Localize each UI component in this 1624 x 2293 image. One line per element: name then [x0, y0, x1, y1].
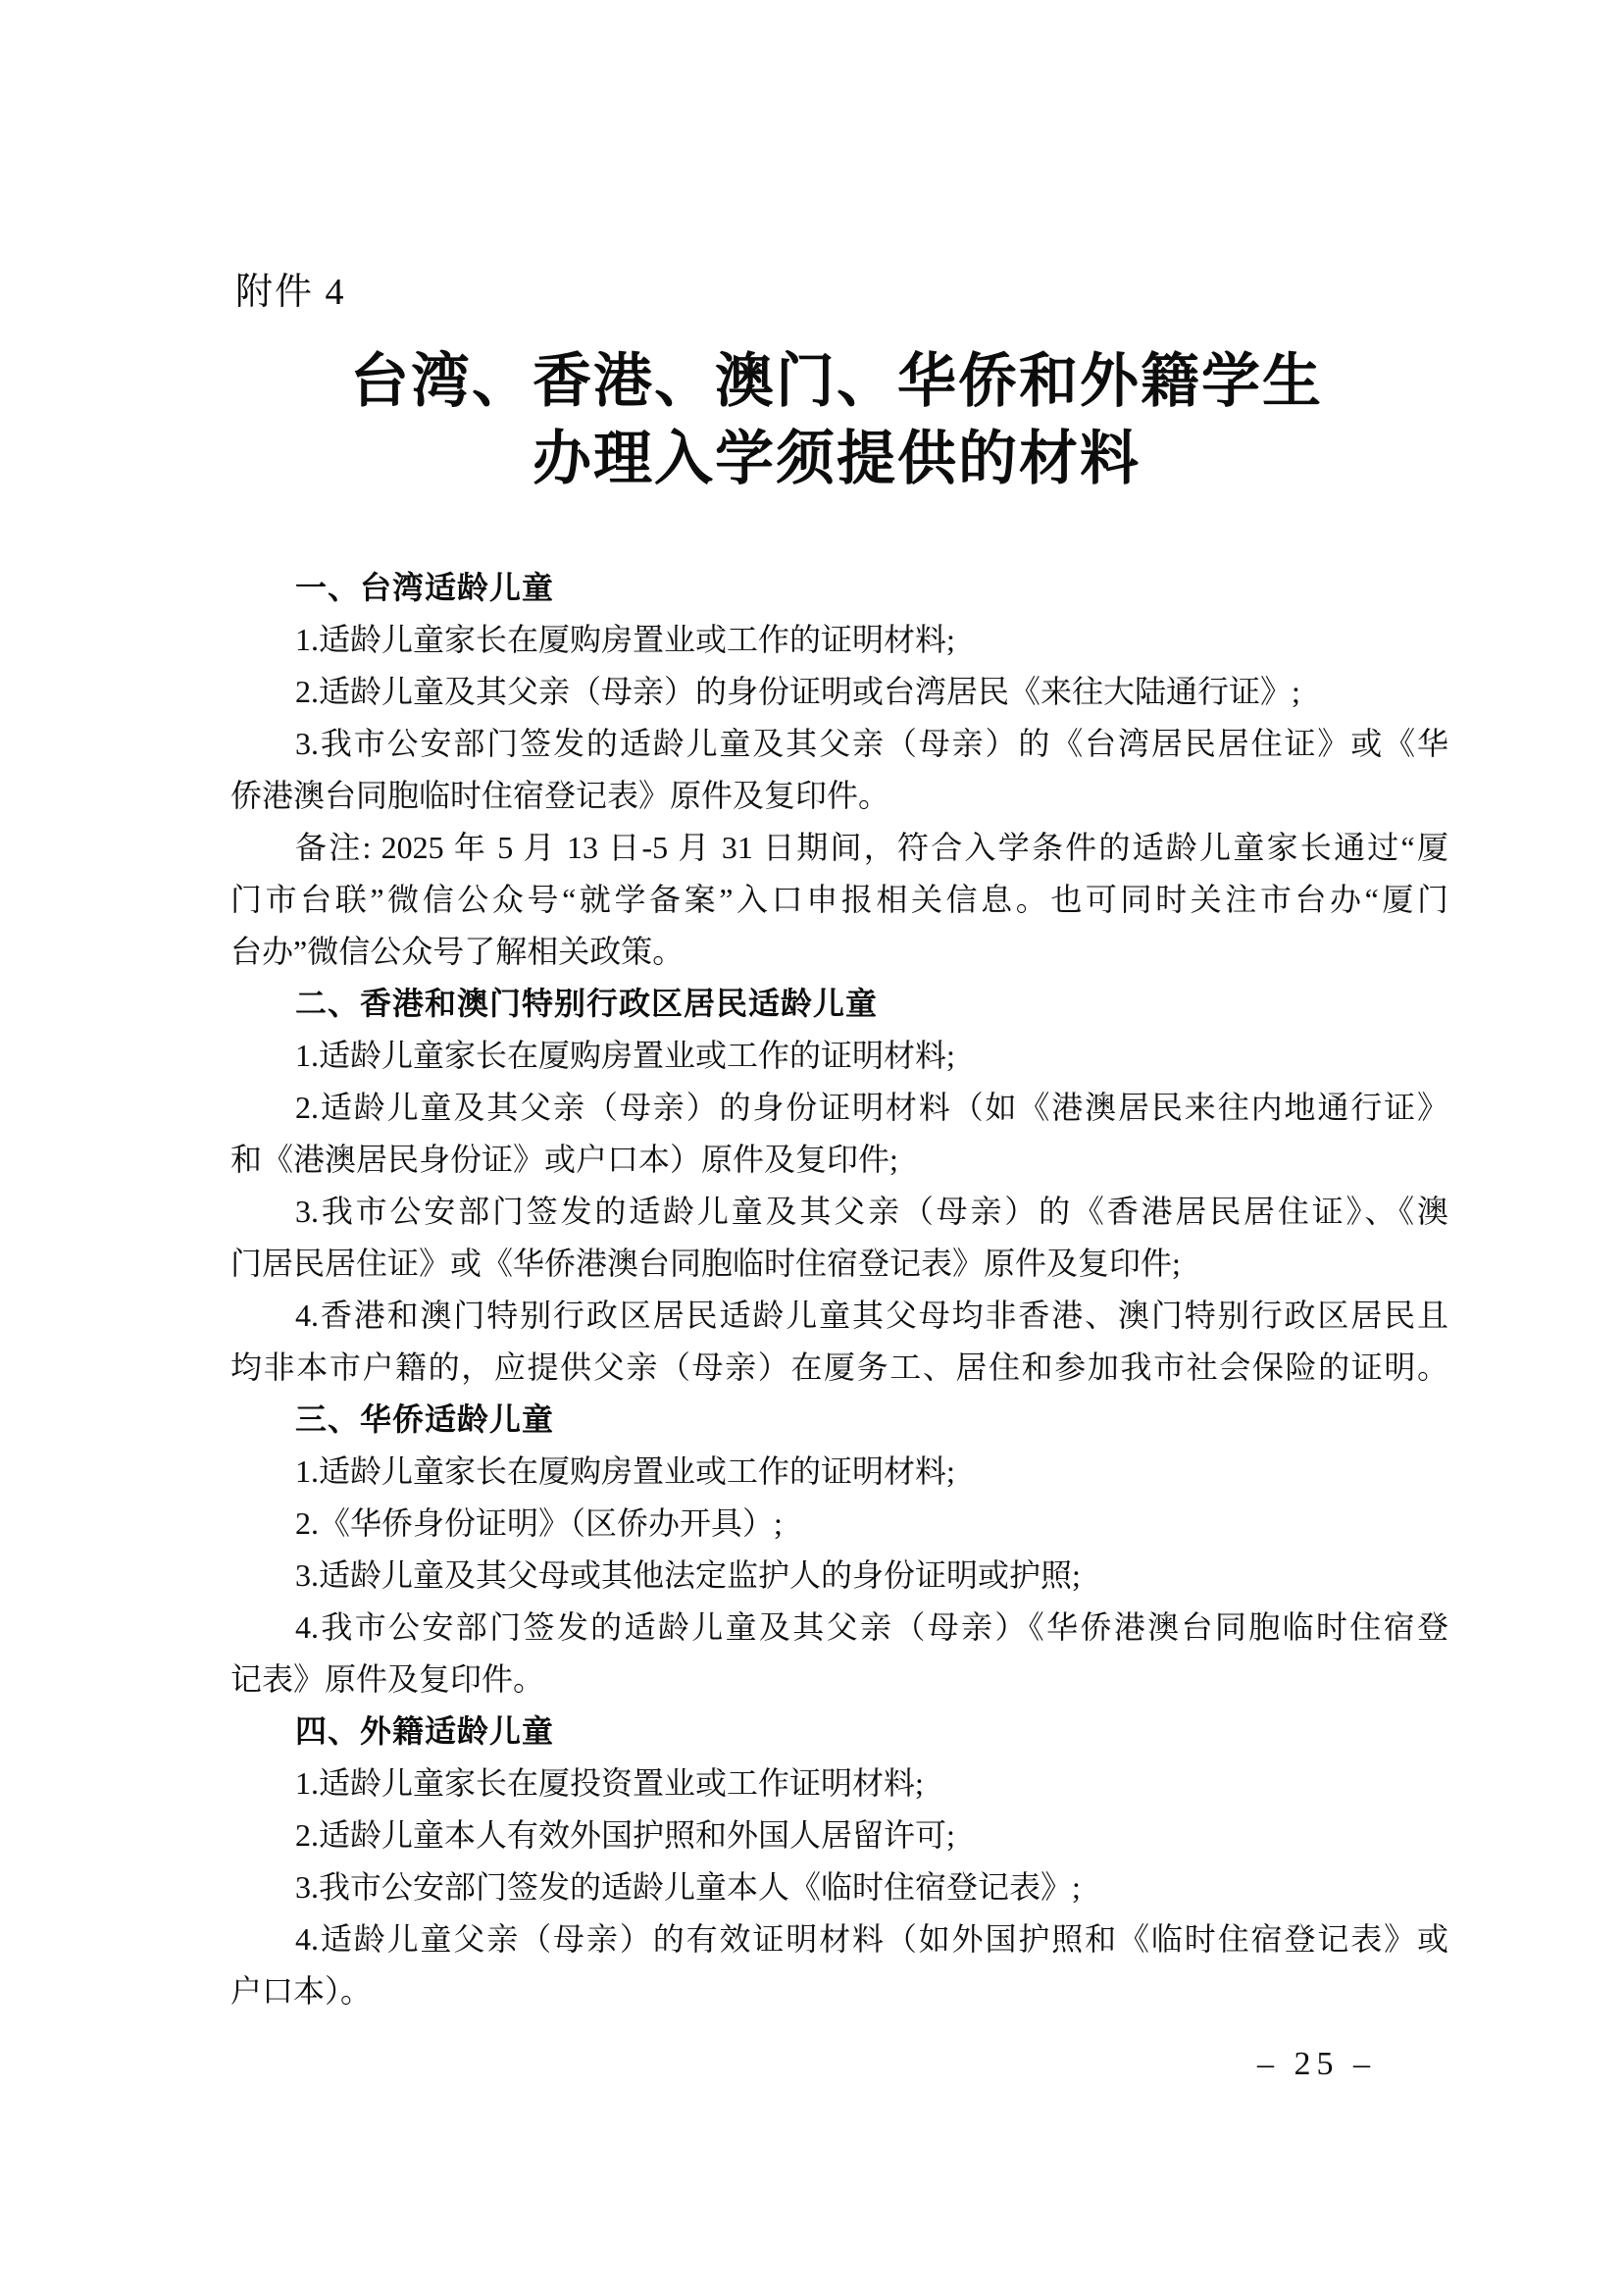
text-line: 2.《华侨身份证明》（区侨办开具）;: [230, 1498, 1448, 1550]
text-line: 1.适龄儿童家长在厦购房置业或工作的证明材料;: [230, 1446, 1448, 1498]
section-heading: 三、华侨适龄儿童: [230, 1394, 1448, 1446]
text-line: 记表》原件及复印件。: [230, 1654, 1448, 1706]
text-line: 户口本）。: [230, 1965, 1448, 2017]
text-line: 2.适龄儿童及其父亲（母亲）的身份证明或台湾居民《来往大陆通行证》;: [230, 666, 1448, 718]
text-line: 均非本市户籍的，应提供父亲（母亲）在厦务工、居住和参加我市社会保险的证明。: [230, 1342, 1448, 1394]
text-line: 3.我市公安部门签发的适龄儿童及其父亲（母亲）的《香港居民居住证》、《澳: [230, 1186, 1448, 1238]
text-line: 门市台联”微信公众号“就学备案”入口申报相关信息。也可同时关注市台办“厦门: [230, 874, 1448, 926]
text-line: 1.适龄儿童家长在厦投资置业或工作证明材料;: [230, 1758, 1448, 1809]
text-line: 3.适龄儿童及其父母或其他法定监护人的身份证明或护照;: [230, 1550, 1448, 1602]
text-line: 和《港澳居民身份证》或户口本）原件及复印件;: [230, 1134, 1448, 1186]
text-line: 4.香港和澳门特别行政区居民适龄儿童其父母均非香港、澳门特别行政区居民且: [230, 1290, 1448, 1342]
text-line: 2.适龄儿童及其父亲（母亲）的身份证明材料（如《港澳居民来往内地通行证》: [230, 1082, 1448, 1134]
page-number: – 25 –: [1257, 2046, 1376, 2083]
title-line-1: 台湾、香港、澳门、华侨和外籍学生: [49, 343, 1624, 421]
section-heading: 一、台湾适龄儿童: [230, 562, 1448, 614]
text-line: 3.我市公安部门签发的适龄儿童及其父亲（母亲）的《台湾居民居住证》或《华: [230, 718, 1448, 770]
document-title: 台湾、香港、澳门、华侨和外籍学生 办理入学须提供的材料: [49, 343, 1624, 498]
text-line: 侨港澳台同胞临时住宿登记表》原件及复印件。: [230, 770, 1448, 822]
document-body: 一、台湾适龄儿童1.适龄儿童家长在厦购房置业或工作的证明材料;2.适龄儿童及其父…: [230, 562, 1448, 2017]
text-line: 4.我市公安部门签发的适龄儿童及其父亲（母亲）《华侨港澳台同胞临时住宿登: [230, 1602, 1448, 1654]
text-line: 3.我市公安部门签发的适龄儿童本人《临时住宿登记表》;: [230, 1861, 1448, 1913]
text-line: 备注: 2025 年 5 月 13 日-5 月 31 日期间，符合入学条件的适龄…: [230, 822, 1448, 874]
text-line: 1.适龄儿童家长在厦购房置业或工作的证明材料;: [230, 1030, 1448, 1082]
title-line-2: 办理入学须提供的材料: [49, 421, 1624, 498]
section-heading: 二、香港和澳门特别行政区居民适龄儿童: [230, 978, 1448, 1030]
document-page: 附件 4 台湾、香港、澳门、华侨和外籍学生 办理入学须提供的材料 一、台湾适龄儿…: [0, 0, 1624, 2293]
section-heading: 四、外籍适龄儿童: [230, 1706, 1448, 1758]
text-line: 4.适龄儿童父亲（母亲）的有效证明材料（如外国护照和《临时住宿登记表》或: [230, 1913, 1448, 1965]
text-line: 1.适龄儿童家长在厦购房置业或工作的证明材料;: [230, 614, 1448, 666]
text-line: 2.适龄儿童本人有效外国护照和外国人居留许可;: [230, 1809, 1448, 1861]
attachment-label: 附件 4: [235, 271, 346, 314]
text-line: 台办”微信公众号了解相关政策。: [230, 926, 1448, 978]
text-line: 门居民居住证》或《华侨港澳台同胞临时住宿登记表》原件及复印件;: [230, 1238, 1448, 1290]
